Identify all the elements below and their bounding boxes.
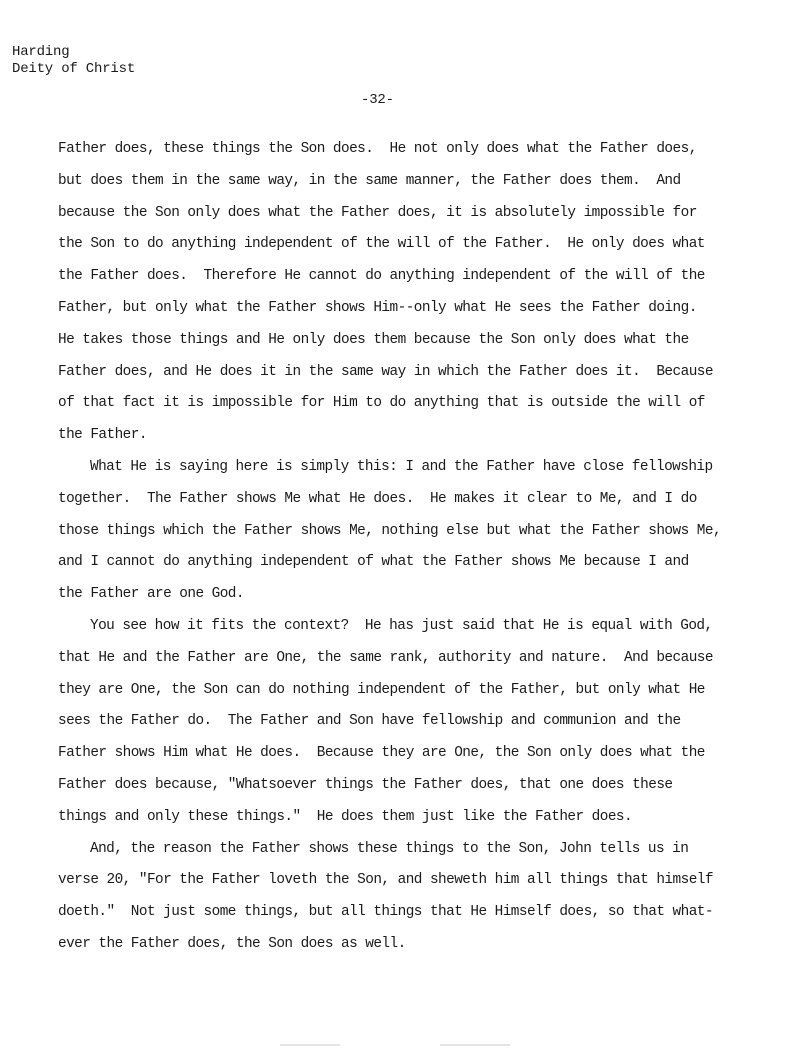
text-line: together. The Father shows Me what He do… [58, 489, 758, 521]
text-line: doeth." Not just some things, but all th… [58, 902, 758, 934]
text-line: Father shows Him what He does. Because t… [58, 743, 758, 775]
text-line: the Son to do anything independent of th… [58, 234, 758, 266]
text-line: He takes those things and He only does t… [58, 330, 758, 362]
text-line: Father does, and He does it in the same … [58, 362, 758, 394]
text-line: that He and the Father are One, the same… [58, 648, 758, 680]
text-line: but does them in the same way, in the sa… [58, 171, 758, 203]
text-line: they are One, the Son can do nothing ind… [58, 680, 758, 712]
text-line: the Father does. Therefore He cannot do … [58, 266, 758, 298]
text-line: ever the Father does, the Son does as we… [58, 934, 758, 966]
text-line: things and only these things." He does t… [58, 807, 758, 839]
document-header: Harding Deity of Christ [12, 44, 135, 78]
text-line: verse 20, "For the Father loveth the Son… [58, 870, 758, 902]
text-line: Father does, these things the Son does. … [58, 139, 758, 171]
document-title: Deity of Christ [12, 61, 135, 78]
text-line: You see how it fits the context? He has … [58, 616, 758, 648]
text-line: the Father. [58, 425, 758, 457]
text-line: of that fact it is impossible for Him to… [58, 393, 758, 425]
text-line: Father, but only what the Father shows H… [58, 298, 758, 330]
text-line: those things which the Father shows Me, … [58, 521, 758, 553]
text-line: And, the reason the Father shows these t… [58, 839, 758, 871]
text-line: sees the Father do. The Father and Son h… [58, 711, 758, 743]
body-text: Father does, these things the Son does. … [58, 139, 758, 966]
text-line: the Father are one God. [58, 584, 758, 616]
document-page: Harding Deity of Christ -32- Father does… [0, 0, 800, 1050]
page-number: -32- [361, 92, 394, 108]
text-line: Father does because, "Whatsoever things … [58, 775, 758, 807]
text-line: because the Son only does what the Fathe… [58, 203, 758, 235]
text-line: and I cannot do anything independent of … [58, 552, 758, 584]
scan-artifact-marks [260, 1044, 560, 1047]
text-line: What He is saying here is simply this: I… [58, 457, 758, 489]
author-name: Harding [12, 44, 135, 61]
